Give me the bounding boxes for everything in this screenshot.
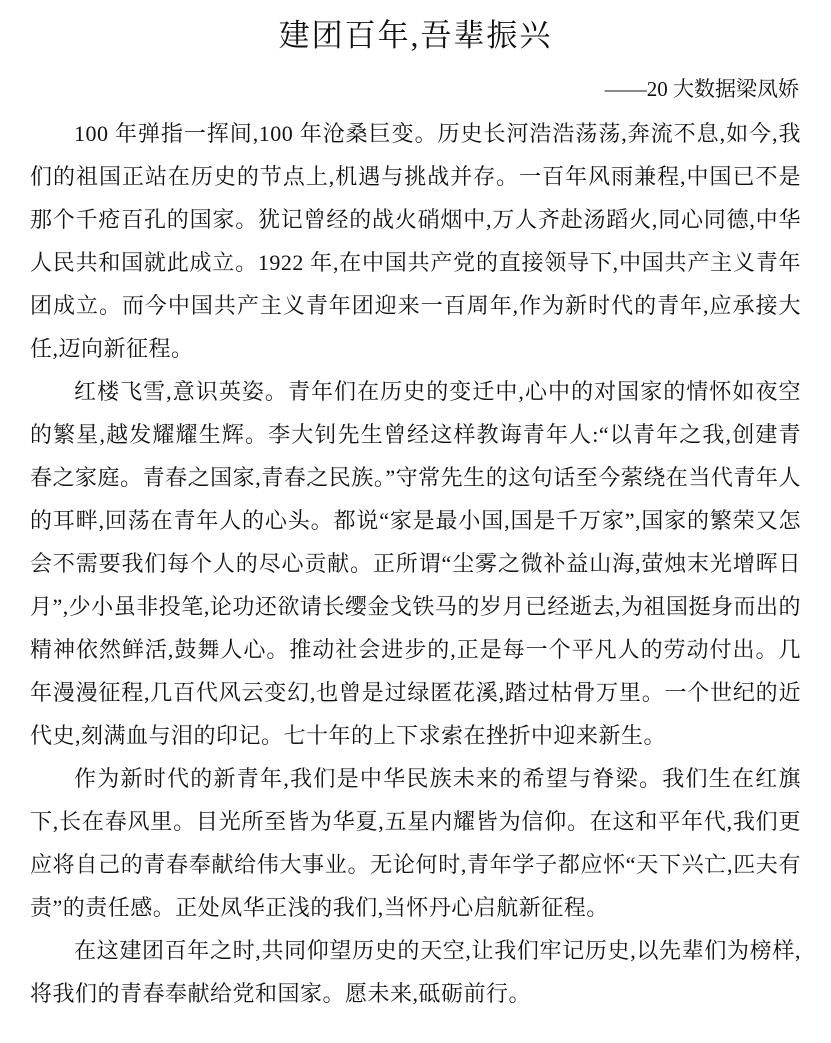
essay-paragraph-4: 在这建团百年之时,共同仰望历史的天空,让我们牢记历史,以先辈们为榜样,将我们的青… [30, 929, 801, 1015]
essay-body: 100 年弹指一挥间,100 年沧桑巨变。历史长河浩浩荡荡,奔流不息,如今,我们… [30, 112, 801, 1015]
essay-paragraph-1: 100 年弹指一挥间,100 年沧桑巨变。历史长河浩浩荡荡,奔流不息,如今,我们… [30, 112, 801, 370]
essay-paragraph-3: 作为新时代的新青年,我们是中华民族未来的希望与脊梁。我们生在红旗下,长在春风里。… [30, 757, 801, 929]
essay-title: 建团百年,吾辈振兴 [30, 14, 801, 58]
essay-byline: ——20 大数据梁凤娇 [30, 74, 799, 104]
document-page: 建团百年,吾辈振兴 ——20 大数据梁凤娇 100 年弹指一挥间,100 年沧桑… [0, 0, 831, 1043]
essay-paragraph-2: 红楼飞雪,意识英姿。青年们在历史的变迁中,心中的对国家的情怀如夜空的繁星,越发耀… [30, 370, 801, 757]
